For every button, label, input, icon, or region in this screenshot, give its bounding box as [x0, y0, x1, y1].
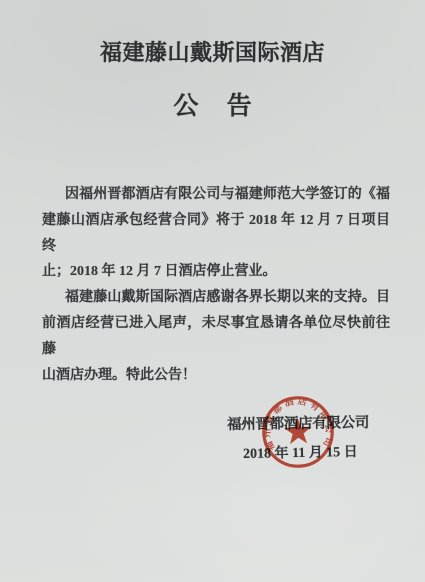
body-line: 前酒店经营已进入尾声，未尽事宜恳请各单位尽快前往藤: [42, 311, 390, 363]
notice-heading: 公 告: [0, 86, 425, 122]
page-title: 福建藤山戴斯国际酒店: [0, 36, 425, 67]
body-line: 建藤山酒店承包经营合同》将于 2018 年 12 月 7 日项目终: [42, 208, 390, 260]
body-line: 福建藤山戴斯国际酒店感谢各界长期以来的支持。目: [42, 285, 390, 311]
star-icon: [284, 417, 313, 445]
body-line: 因福州晋都酒店有限公司与福建师范大学签订的《福: [42, 182, 390, 208]
scanned-notice-page: 福建藤山戴斯国际酒店 公 告 因福州晋都酒店有限公司与福建师范大学签订的《福 建…: [0, 0, 425, 582]
company-seal-stamp: 福州晋都酒店有限公司: [258, 392, 338, 472]
notice-body: 因福州晋都酒店有限公司与福建师范大学签订的《福 建藤山酒店承包经营合同》将于 2…: [42, 182, 390, 388]
body-line: 山酒店办理。特此公告！: [42, 363, 390, 389]
body-line: 止；2018 年 12 月 7 日酒店停止营业。: [42, 259, 390, 285]
